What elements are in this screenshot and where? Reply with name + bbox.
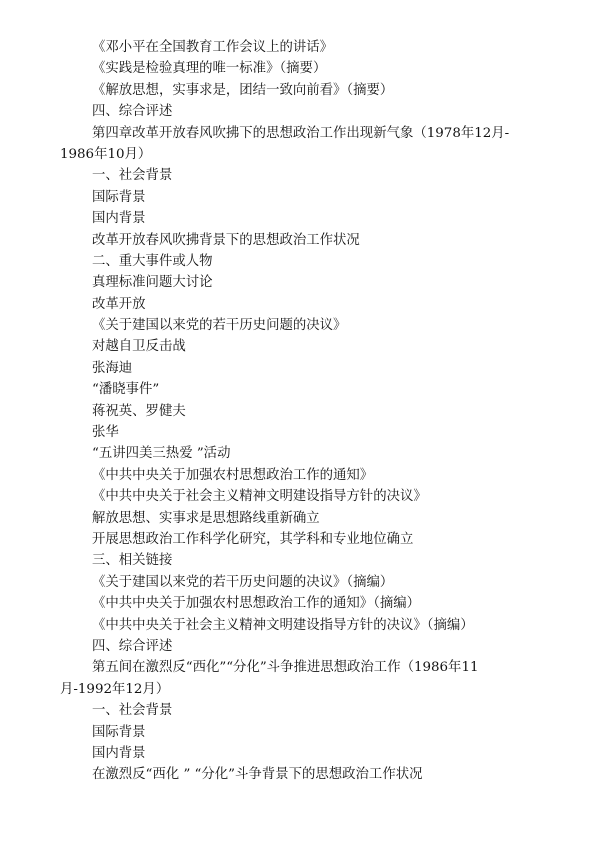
text-line: 国内背景	[60, 208, 530, 229]
text-line: 《关于建国以来党的若干历史问题的决议》（摘编）	[60, 572, 530, 593]
text-line: 真理标准问题大讨论	[60, 272, 530, 293]
section-heading: 二、重大事件或人物	[60, 251, 530, 272]
chapter-title-line: 第五间在激烈反“西化”“分化”斗争推进思想政治工作（1986年11	[60, 657, 530, 678]
chapter-4-title: 第四章改革开放春风吹拂下的思想政治工作出现新气象（1978年12月- 1986年…	[60, 123, 530, 166]
text-line: “潘晓事件”	[60, 379, 530, 400]
chapter-5-title: 第五间在激烈反“西化”“分化”斗争推进思想政治工作（1986年11 月-1992…	[60, 657, 530, 700]
text-line: 《实践是检验真理的唯一标准》（摘要）	[60, 58, 530, 79]
chapter-title-line: 第四章改革开放春风吹拂下的思想政治工作出现新气象（1978年12月-	[60, 123, 530, 144]
text-line: 《邓小平在全国教育工作会议上的讲话》	[60, 37, 530, 58]
text-line: “五讲四美三热爱 ”活动	[60, 443, 530, 464]
section-heading: 三、相关链接	[60, 550, 530, 571]
text-line: 对越自卫反击战	[60, 336, 530, 357]
text-line: 开展思想政治工作科学化研究，其学科和专业地位确立	[60, 529, 530, 550]
text-line: 张华	[60, 422, 530, 443]
text-line: 在激烈反“西化 ” “分化”斗争背景下的思想政治工作状况	[60, 764, 530, 785]
document-page: 《邓小平在全国教育工作会议上的讲话》 《实践是检验真理的唯一标准》（摘要） 《解…	[60, 37, 530, 786]
text-line: 《解放思想，实事求是，团结一致向前看》（摘要）	[60, 80, 530, 101]
section-heading: 一、社会背景	[60, 700, 530, 721]
text-line: 《中共中央关于社会主义精神文明建设指导方针的决议》（摘编）	[60, 615, 530, 636]
text-line: 改革开放春风吹拂背景下的思想政治工作状况	[60, 230, 530, 251]
text-line: 张海迪	[60, 358, 530, 379]
text-line: 《中共中央关于加强农村思想政治工作的通知》	[60, 465, 530, 486]
text-line: 改革开放	[60, 294, 530, 315]
text-line: 《中共中央关于社会主义精神文明建设指导方针的决议》	[60, 486, 530, 507]
text-line: 解放思想、实事求是思想路线重新确立	[60, 508, 530, 529]
section-heading: 四、综合评述	[60, 636, 530, 657]
text-line: 国内背景	[60, 743, 530, 764]
section-heading: 一、社会背景	[60, 165, 530, 186]
text-line: 国际背景	[60, 722, 530, 743]
text-line: 《关于建国以来党的若干历史问题的决议》	[60, 315, 530, 336]
chapter-title-line: 月-1992年12月）	[60, 679, 530, 700]
chapter-title-line: 1986年10月）	[60, 144, 530, 165]
text-line: 蒋祝英、罗健夫	[60, 401, 530, 422]
section-heading: 四、综合评述	[60, 101, 530, 122]
text-line: 《中共中央关于加强农村思想政治工作的通知》（摘编）	[60, 593, 530, 614]
text-line: 国际背景	[60, 187, 530, 208]
